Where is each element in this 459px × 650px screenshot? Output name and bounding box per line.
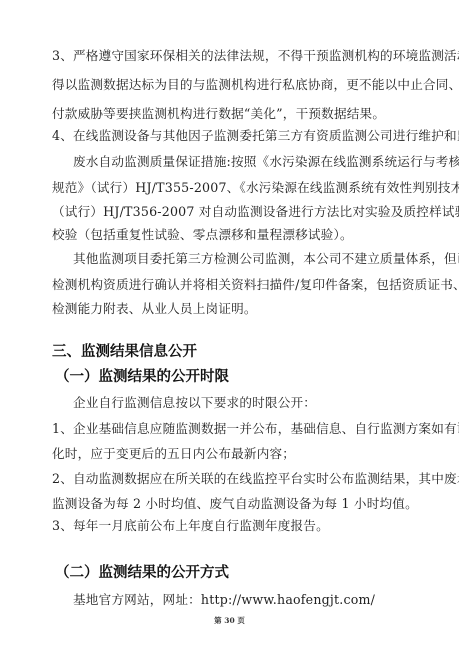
list-item-line: 2、自动监测数据应在所关联的在线监控平台实时公布监测结果，其中废水自动 bbox=[52, 468, 459, 487]
paragraph-line: 检测能力附表、从业人员上岗证明。 bbox=[52, 298, 257, 317]
list-item-line: 化时，应于变更后的五日内公布最新内容； bbox=[52, 443, 295, 462]
paragraph-line: （试行）HJ/T356-2007 对自动监测设备进行方法比对实验及质控样试验、现… bbox=[52, 201, 459, 220]
website-line: 基地官方网站，网址：http://www.haofengjt.com/ bbox=[73, 589, 375, 608]
paragraph-line: 其他监测项目委托第三方检测公司监测，本公司不建立质量体系，但已对 bbox=[73, 248, 459, 267]
paragraph-line: 校验（包括重复性试验、零点漂移和量程漂移试验）。 bbox=[52, 224, 353, 243]
paragraph-line: 3、严格遵守国家环保相关的法律法规，不得干预监测机构的环境监测活动，不 bbox=[52, 45, 459, 64]
subsection-heading: （二）监测结果的公开方式 bbox=[55, 561, 229, 582]
section-heading: 三、监测结果信息公开 bbox=[52, 340, 197, 361]
subsection-heading: （一）监测结果的公开时限 bbox=[55, 365, 229, 386]
paragraph-line: 规范》（试行）HJ/T355-2007、《水污染源在线监测系统有效性判别技术规范… bbox=[52, 177, 459, 196]
paragraph-line: 废水自动监测质量保证措施:按照《水污染源在线监测系统运行与考核技术 bbox=[73, 151, 459, 170]
paragraph-line: 付款威胁等要挟监测机构进行数据“美化”，干预数据结果。 bbox=[52, 103, 385, 122]
paragraph-line: 检测机构资质进行确认并将相关资料扫描件/复印件备案，包括资质证书、资质 bbox=[52, 274, 459, 293]
list-item-line: 3、每年一月底前公布上年度自行监测年度报告。 bbox=[52, 515, 329, 534]
document-page: 3、严格遵守国家环保相关的法律法规，不得干预监测机构的环境监测活动，不 得以监测… bbox=[0, 0, 459, 650]
paragraph-line: 得以监测数据达标为目的与监测机构进行私底协商，更不能以中止合同、拒绝 bbox=[52, 74, 459, 93]
list-item-line: 监测设备为每 2 小时均值、废气自动监测设备为每 1 小时均值。 bbox=[52, 493, 418, 512]
list-item-line: 1、企业基础信息应随监测数据一并公布，基础信息、自行监测方案如有调整变 bbox=[52, 418, 459, 437]
paragraph-line: 企业自行监测信息按以下要求的时限公开： bbox=[73, 392, 316, 411]
paragraph-line: 4、在线监测设备与其他因子监测委托第三方有资质监测公司进行维护和监测。 bbox=[52, 125, 459, 144]
page-number: 第 30 页 bbox=[0, 615, 459, 626]
